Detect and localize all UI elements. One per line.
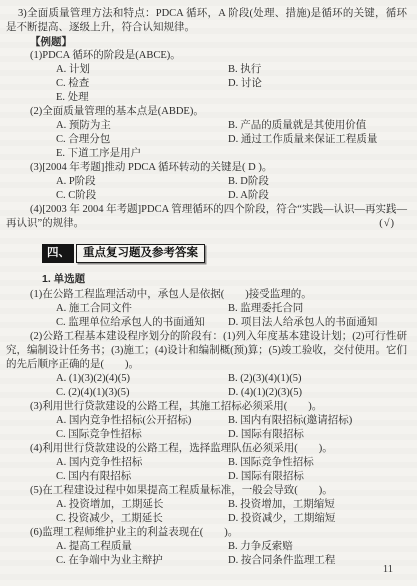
subsection-heading: 1. 单选题	[42, 272, 407, 286]
option-b: B. 投资增加，工期缩短	[228, 498, 407, 512]
option-e: E. 处理	[56, 91, 228, 105]
question-stem: (3)[2004 年考题]推动 PDCA 循环转动的关键是( D )。	[6, 161, 407, 175]
option-c: C. C阶段	[56, 189, 228, 203]
option-a: A. 预防为主	[56, 119, 228, 133]
options-grid: A. 施工合同文件 B. 监理委托合同 C. 监理单位给承包人的书面通知 D. …	[56, 302, 407, 330]
example-question-2: (2)全面质量管理的基本点是(ABDE)。 A. 预防为主 B. 产品的质量就是…	[6, 105, 407, 161]
option-a: A. 计划	[56, 63, 228, 77]
option-a: A. 投资增加，工期延长	[56, 498, 228, 512]
review-question-2: (2)公路工程基本建设程序划分的阶段有：(1)列入年度基本建设计划；(2)可行性…	[6, 330, 407, 400]
option-c: C. 检查	[56, 77, 228, 91]
options-grid: A. 投资增加，工期延长 B. 投资增加，工期缩短 C. 投资减少，工期延长 D…	[56, 498, 407, 526]
options-grid: A. 国内竞争性招标(公开招标) B. 国内有限招标(邀请招标) C. 国际竞争…	[56, 414, 407, 442]
section-title-box: 重点复习题及参考答案	[76, 244, 205, 263]
option-e: E. 下道工序是用户	[56, 147, 228, 161]
options-grid: A. 计划 B. 执行 C. 检查 D. 讨论 E. 处理	[56, 63, 407, 105]
option-a: A. (1)(3)(2)(4)(5)	[56, 372, 228, 386]
document-page: 3)全面质量管理方法和特点：PDCA 循环，A 阶段(处理、措施)是循环的关键，…	[0, 0, 417, 586]
options-grid: A. 预防为主 B. 产品的质量就是其使用价值 C. 合理分包 D. 通过工作质…	[56, 119, 407, 161]
example-question-4: (4)[2003 年 2004 年考题]PDCA 管理循环的四个阶段，符合“实践…	[6, 203, 407, 231]
options-grid: A. 提高工程质量 B. 力争反索赔 C. 在争端中为业主辩护 D. 按合同条件…	[56, 540, 407, 568]
option-d: D. (4)(1)(2)(3)(5)	[228, 386, 407, 400]
review-question-5: (5)在工程建设过程中如果提高工程质量标准，一般会导致( )。 A. 投资增加，…	[6, 484, 407, 526]
option-d: D. 投资减少，工期缩短	[228, 512, 407, 526]
option-c: C. 在争端中为业主辩护	[56, 554, 228, 568]
option-a: A. 提高工程质量	[56, 540, 228, 554]
review-question-4: (4)利用世行贷款建设的公路工程，选择监理队伍必须采用( )。 A. 国内竞争性…	[6, 442, 407, 484]
question-stem: (3)利用世行贷款建设的公路工程，其施工招标必须采用( )。	[6, 400, 407, 414]
option-c: C. (2)(4)(1)(3)(5)	[56, 386, 228, 400]
question-stem: (2)全面质量管理的基本点是(ABDE)。	[6, 105, 407, 119]
options-grid: A. P阶段 B. D阶段 C. C阶段 D. A阶段	[56, 175, 407, 203]
option-a: A. P阶段	[56, 175, 228, 189]
option-d: D. 国际有限招标	[228, 470, 407, 484]
option-b: B. D阶段	[228, 175, 407, 189]
review-question-1: (1)在公路工程监理活动中，承包人是依据( )接受监理的。 A. 施工合同文件 …	[6, 288, 407, 330]
question-stem: (1)在公路工程监理活动中，承包人是依据( )接受监理的。	[6, 288, 407, 302]
option-b: B. 力争反索赔	[228, 540, 407, 554]
option-b: B. 监理委托合同	[228, 302, 407, 316]
section-number-badge: 四、	[42, 244, 74, 263]
question-stem: (2)公路工程基本建设程序划分的阶段有：(1)列入年度基本建设计划；(2)可行性…	[6, 330, 407, 372]
option-b: B. 国际竞争性招标	[228, 456, 407, 470]
question-stem: (6)监理工程师维护业主的利益表现在( )。	[6, 526, 407, 540]
page-number: 11	[383, 563, 393, 577]
question-stem: (4)利用世行贷款建设的公路工程，选择监理队伍必须采用( )。	[6, 442, 407, 456]
option-b: B. 产品的质量就是其使用价值	[228, 119, 407, 133]
options-grid: A. (1)(3)(2)(4)(5) B. (2)(3)(4)(1)(5) C.…	[56, 372, 407, 400]
option-d: D. 按合同条件监理工程	[228, 554, 407, 568]
option-a: A. 施工合同文件	[56, 302, 228, 316]
question-stem: (4)[2003 年 2004 年考题]PDCA 管理循环的四个阶段，符合“实践…	[6, 203, 407, 231]
question-stem: (5)在工程建设过程中如果提高工程质量标准，一般会导致( )。	[6, 484, 407, 498]
option-d: D. 国际有限招标	[228, 428, 407, 442]
option-d: D. A阶段	[228, 189, 407, 203]
option-d: D. 讨论	[228, 77, 407, 91]
option-c: C. 国内有限招标	[56, 470, 228, 484]
option-d: D. 项目法人给承包人的书面通知	[228, 316, 407, 330]
option-c: C. 监理单位给承包人的书面通知	[56, 316, 228, 330]
option-b: B. (2)(3)(4)(1)(5)	[228, 372, 407, 386]
example-question-1: (1)PDCA 循环的阶段是(ABCE)。 A. 计划 B. 执行 C. 检查 …	[6, 49, 407, 105]
option-d: D. 通过工作质量来保证工程质量	[228, 133, 407, 147]
option-a: A. 国内竞争性招标(公开招标)	[56, 414, 228, 428]
option-a: A. 国内竞争性招标	[56, 456, 228, 470]
option-b: B. 执行	[228, 63, 407, 77]
answer-checkmark: (√)	[355, 217, 395, 231]
example-section-label: 【例题】	[30, 35, 407, 49]
option-c: C. 国际竞争性招标	[56, 428, 228, 442]
option-c: C. 投资减少，工期延长	[56, 512, 228, 526]
question-stem-text: (4)[2003 年 2004 年考题]PDCA 管理循环的四个阶段，符合“实践…	[6, 204, 407, 229]
review-question-3: (3)利用世行贷款建设的公路工程，其施工招标必须采用( )。 A. 国内竞争性招…	[6, 400, 407, 442]
question-stem: (1)PDCA 循环的阶段是(ABCE)。	[6, 49, 407, 63]
review-question-6: (6)监理工程师维护业主的利益表现在( )。 A. 提高工程质量 B. 力争反索…	[6, 526, 407, 568]
option-b: B. 国内有限招标(邀请招标)	[228, 414, 407, 428]
example-question-3: (3)[2004 年考题]推动 PDCA 循环转动的关键是( D )。 A. P…	[6, 161, 407, 203]
section-header: 四、 重点复习题及参考答案	[42, 244, 205, 263]
options-grid: A. 国内竞争性招标 B. 国际竞争性招标 C. 国内有限招标 D. 国际有限招…	[56, 456, 407, 484]
option-c: C. 合理分包	[56, 133, 228, 147]
intro-paragraph: 3)全面质量管理方法和特点：PDCA 循环，A 阶段(处理、措施)是循环的关键，…	[6, 7, 407, 35]
